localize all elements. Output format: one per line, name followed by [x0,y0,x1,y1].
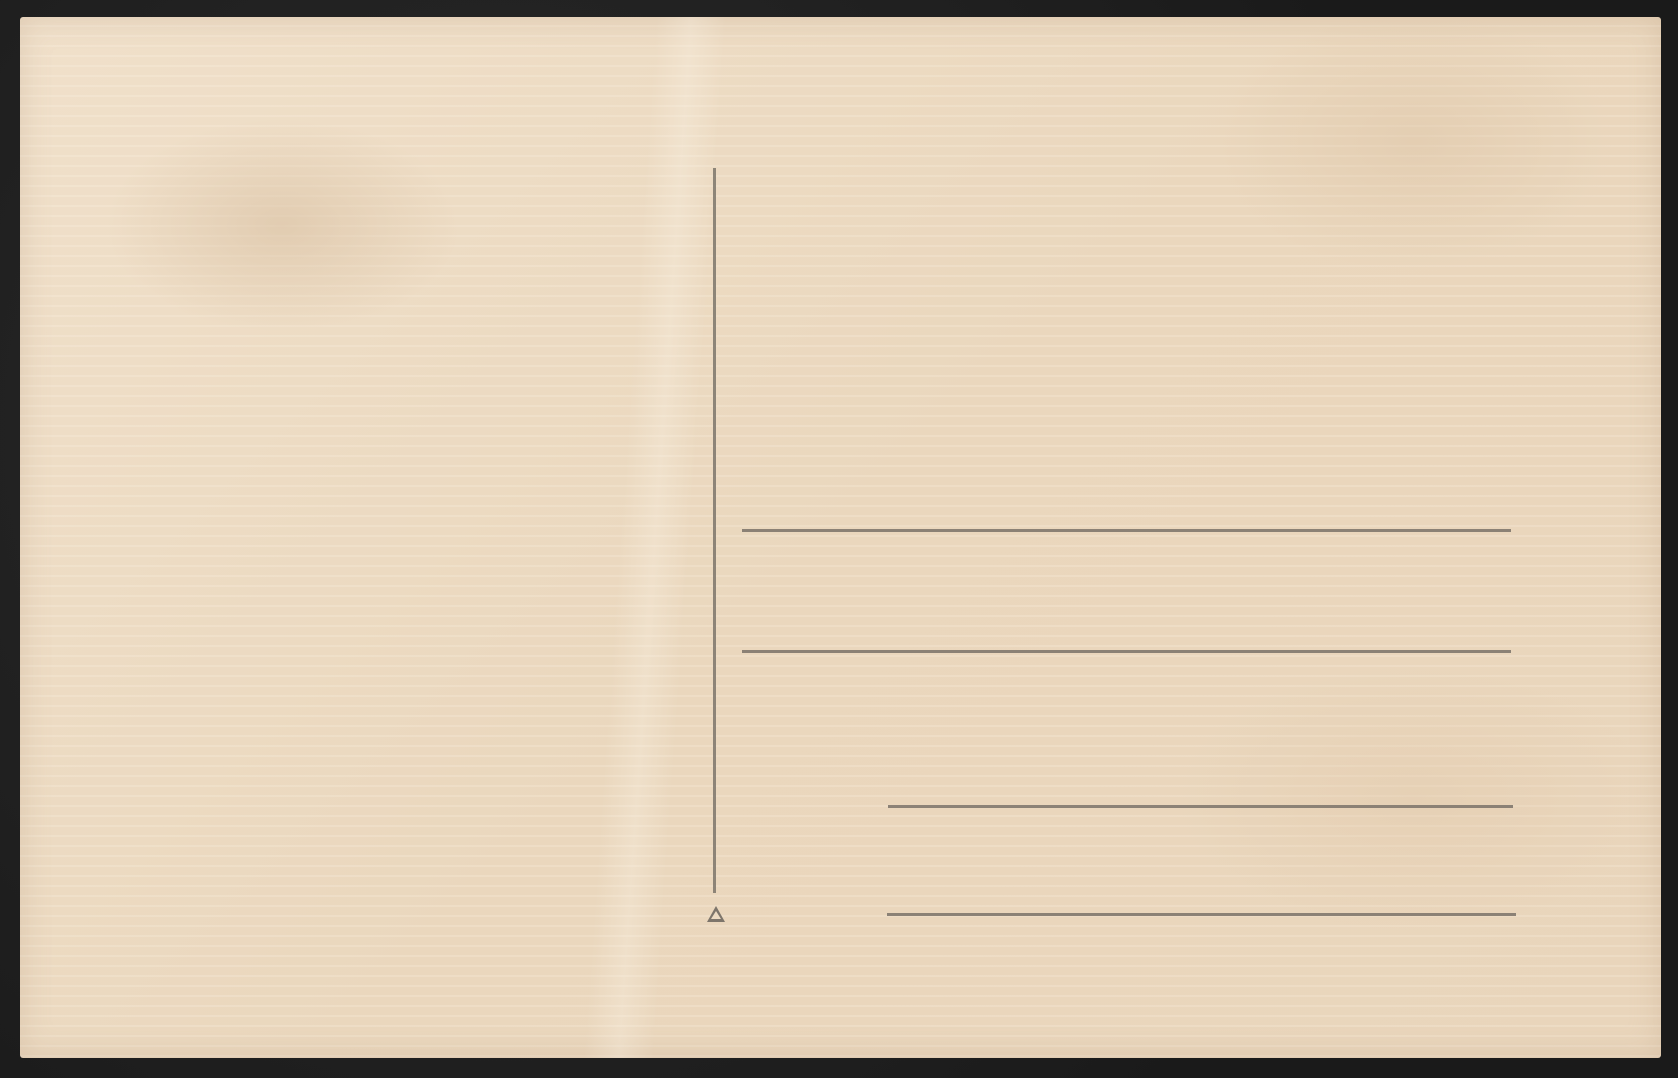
address-line-3 [888,805,1513,808]
address-line-1 [742,529,1511,532]
triangle-marker-icon [707,906,725,922]
message-area [50,77,670,977]
postcard [20,17,1661,1058]
center-divider-line [713,168,716,893]
address-line-2 [742,650,1511,653]
address-line-4 [887,913,1516,916]
